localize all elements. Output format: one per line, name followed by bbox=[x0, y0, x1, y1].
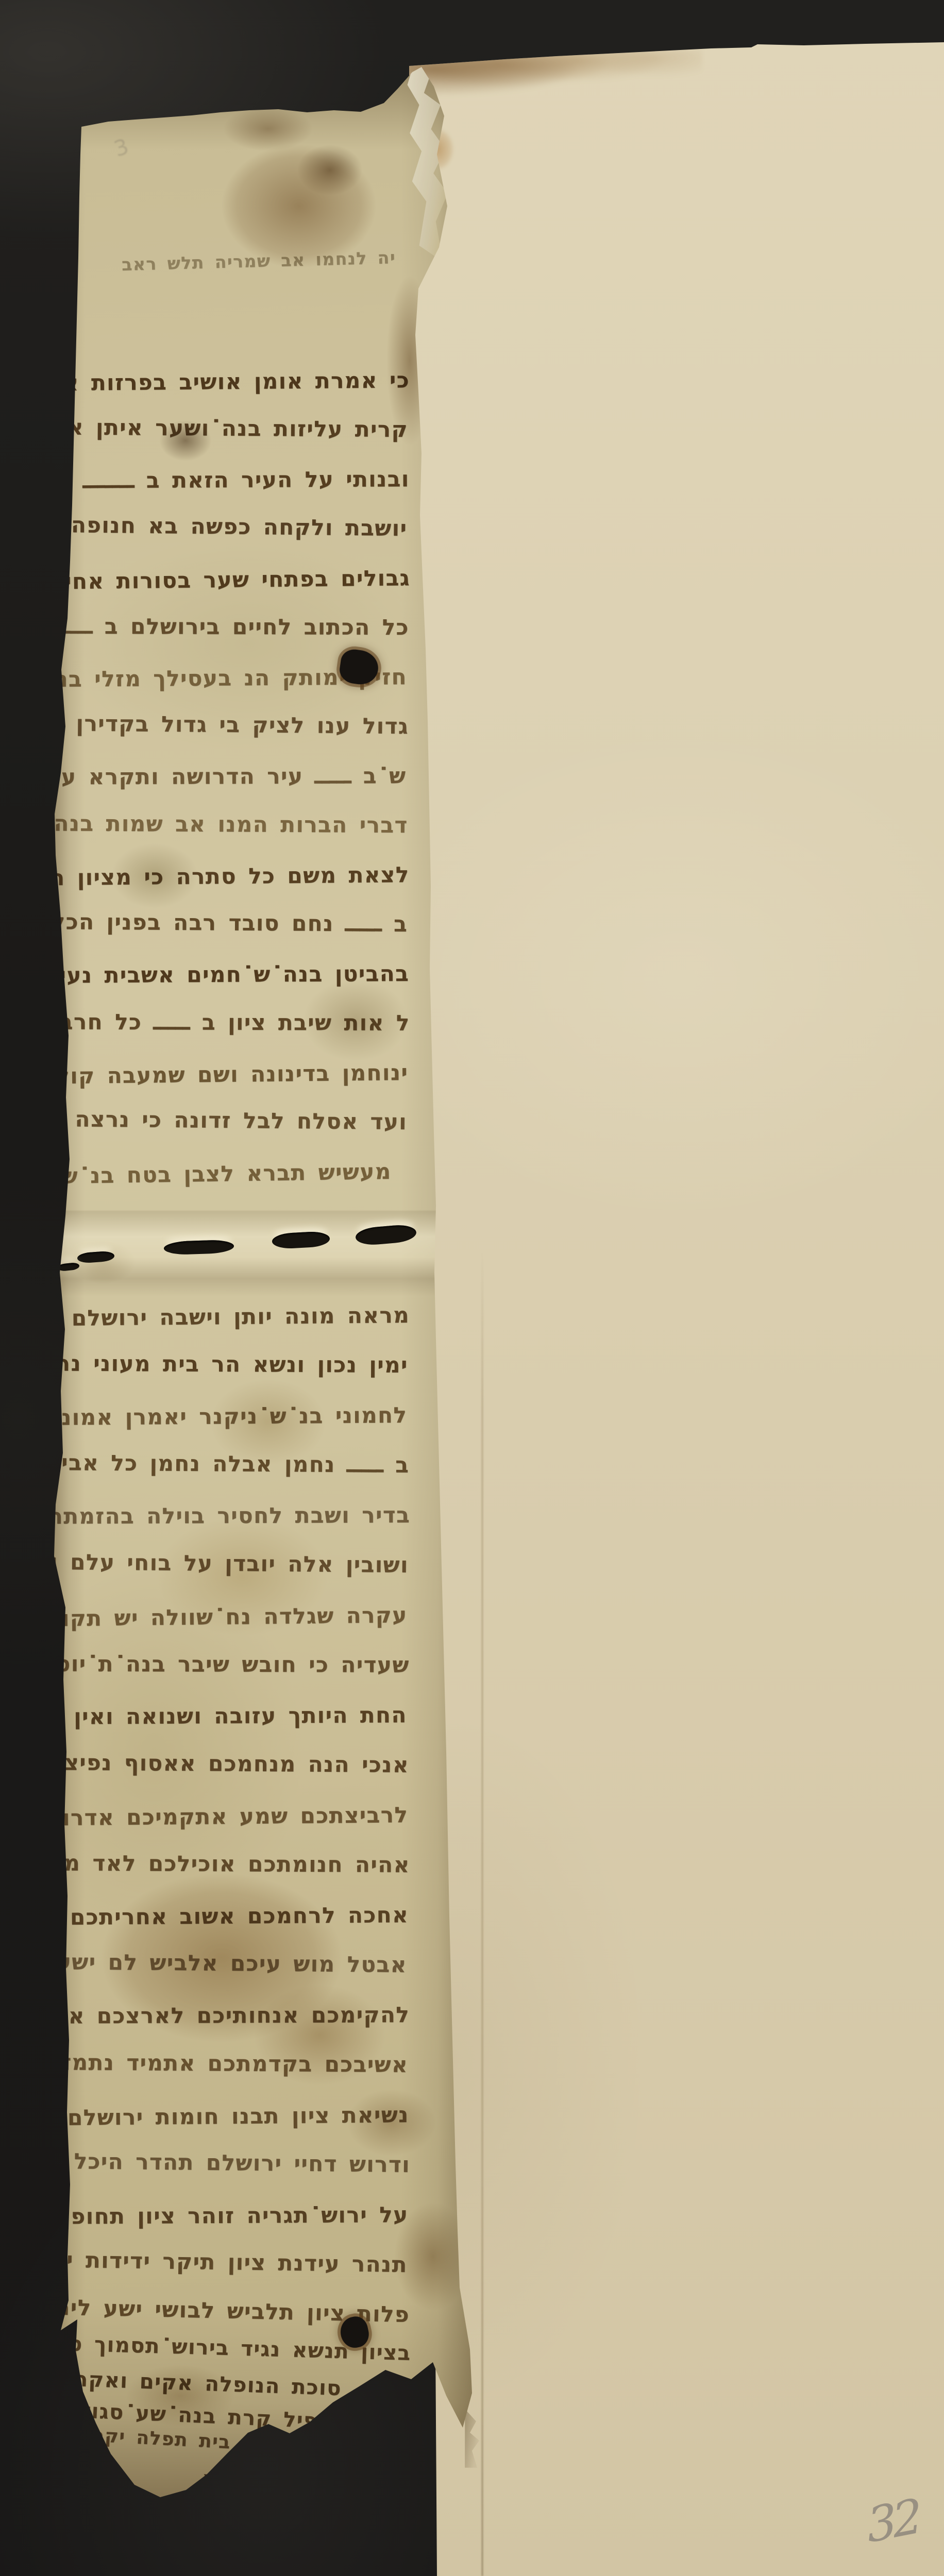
pencil-folio-number: 32 bbox=[865, 2493, 920, 2550]
manuscript-text-line: לצאת משם כל סתרה כי מציון תצא תורה bbox=[0, 862, 410, 891]
manuscript-text-line: ושובין אלה יובדן על בוחי עלם ונקראו אליה… bbox=[0, 1548, 409, 1578]
manuscript-text-line: דברי הברות המנו אב שמות בנה̇ ש̇ הילך bbox=[0, 810, 408, 838]
manuscript-text-line: יה לנחמו אב שמריה תלש ראב bbox=[122, 247, 396, 275]
manuscript-photograph: 32 3 יה לנחמו אב שמריה תלש ראבכי אמרת או… bbox=[0, 0, 944, 2576]
paper-crease-line bbox=[481, 1252, 483, 2576]
manuscript-text-line: בדיר ושבת לחסיר בוילה בהזמתה גילה תברא bbox=[0, 1502, 410, 1529]
